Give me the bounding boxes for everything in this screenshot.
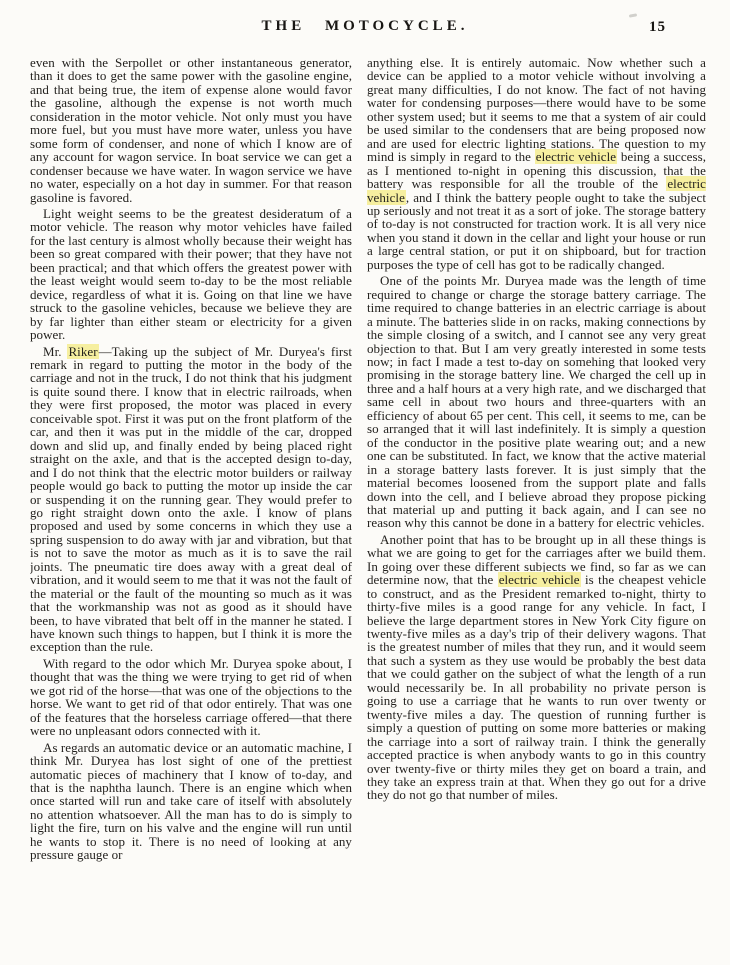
scanned-page: THE MOTOCYCLE. 15 even with the Serpolle… <box>0 0 730 965</box>
paragraph: anything else. It is entirely automaic. … <box>367 56 706 271</box>
left-column: even with the Serpollet or other instant… <box>30 56 352 862</box>
paragraph: One of the points Mr. Duryea made was th… <box>367 274 706 530</box>
page-number: 15 <box>649 19 666 36</box>
highlighted-text: electric vehicle <box>498 572 581 587</box>
paragraph: Light weight seems to be the greatest de… <box>30 207 352 342</box>
highlighted-text: electric vehicle <box>367 176 706 204</box>
text-body: even with the Serpollet or other instant… <box>30 56 706 862</box>
highlighted-text: electric vehicle <box>535 149 617 164</box>
page-title: THE MOTOCYCLE. <box>0 18 730 35</box>
paragraph: Mr. Riker—Taking up the subject of Mr. D… <box>30 345 352 654</box>
paragraph: With regard to the odor which Mr. Duryea… <box>30 657 352 738</box>
paragraph: As regards an automatic device or an aut… <box>30 741 352 862</box>
right-column: anything else. It is entirely automaic. … <box>367 56 706 862</box>
highlighted-text: Riker <box>67 344 98 359</box>
paragraph: even with the Serpollet or other instant… <box>30 56 352 204</box>
paragraph: Another point that has to be brought up … <box>367 533 706 802</box>
